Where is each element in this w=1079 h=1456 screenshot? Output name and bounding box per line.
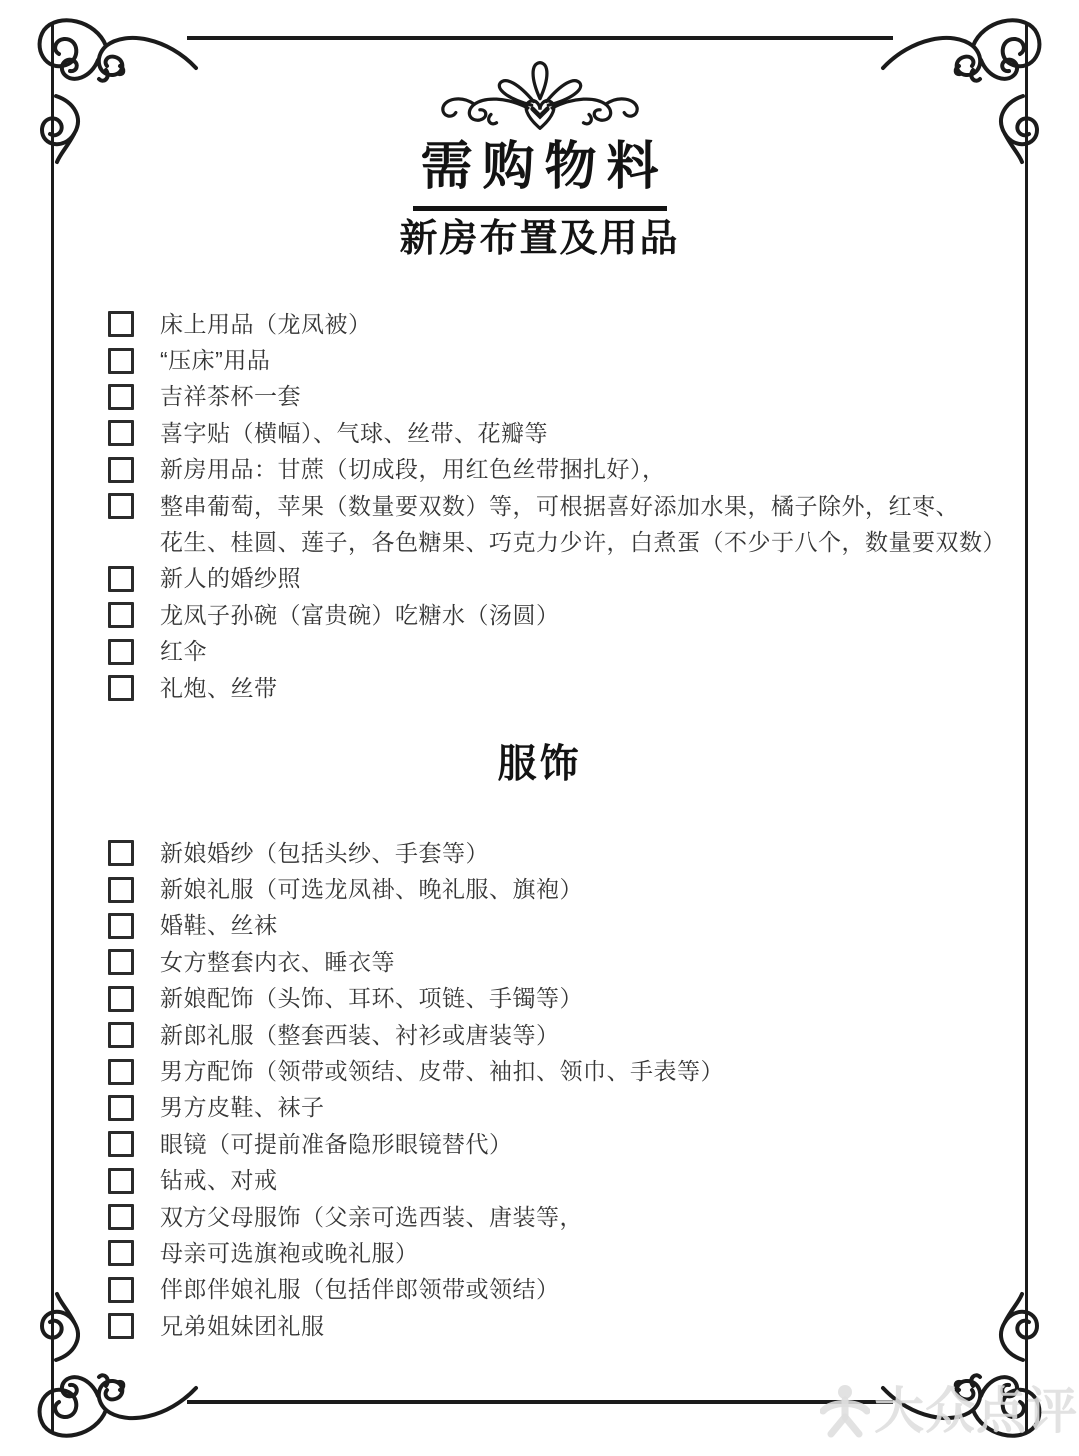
checkbox[interactable] (108, 602, 134, 628)
dianping-person-icon (820, 1384, 870, 1438)
checklist-row: 男方配饰（领带或领结、皮带、袖扣、领巾、手表等） (108, 1053, 1008, 1089)
checkbox[interactable] (108, 384, 134, 410)
checklist-item-label: 新郎礼服（整套西装、衬衫或唐装等） (160, 1024, 560, 1047)
checklist-row: 婚鞋、丝袜 (108, 908, 1008, 944)
checklist-section2: 新娘婚纱（包括头纱、手套等）新娘礼服（可选龙凤褂、晚礼服、旗袍）婚鞋、丝袜女方整… (108, 835, 1008, 1344)
checklist-item-label: 新人的婚纱照 (160, 567, 301, 590)
checkbox[interactable] (108, 949, 134, 975)
checklist-row: 红伞 (108, 634, 1008, 670)
checklist-item-label: 双方父母服饰（父亲可选西装、唐装等， (160, 1206, 583, 1229)
checklist-item-label: 新房用品：甘蔗（切成段，用红色丝带捆扎好）， (160, 458, 666, 481)
checkbox[interactable] (108, 311, 134, 337)
checklist-row: 女方整套内衣、睡衣等 (108, 944, 1008, 980)
checklist-row: 喜字贴（横幅）、气球、丝带、花瓣等 (108, 415, 1008, 451)
border-line-top (187, 36, 893, 40)
page-title: 需购物料 (0, 136, 1079, 198)
checklist-row: 吉祥茶杯一套 (108, 379, 1008, 415)
checkbox[interactable] (108, 1277, 134, 1303)
checkbox[interactable] (108, 1313, 134, 1339)
checkbox[interactable] (108, 986, 134, 1012)
checklist-item-label: 吉祥茶杯一套 (160, 385, 301, 408)
crown-flourish-icon (419, 58, 661, 132)
checklist-item-label: 礼炮、丝带 (160, 677, 278, 700)
checklist-item-label: 钻戒、对戒 (160, 1169, 278, 1192)
checklist-section1: 床上用品（龙凤被）“压床”用品吉祥茶杯一套喜字贴（横幅）、气球、丝带、花瓣等新房… (108, 306, 1008, 706)
checklist-page: 需购物料 新房布置及用品 床上用品（龙凤被）“压床”用品吉祥茶杯一套喜字贴（横幅… (0, 0, 1079, 1456)
checklist-item-label: 新娘配饰（头饰、耳环、项链、手镯等） (160, 987, 583, 1010)
checklist-item-label: 女方整套内衣、睡衣等 (160, 951, 395, 974)
title-divider (413, 206, 667, 211)
checklist-row: 龙凤子孙碗（富贵碗）吃糖水（汤圆） (108, 597, 1008, 633)
checklist-row: 花生、桂圆、莲子，各色糖果、巧克力少许，白煮蛋（不少于八个，数量要双数） (108, 524, 1008, 560)
checklist-item-label: 男方皮鞋、袜子 (160, 1096, 325, 1119)
checklist-row: 钻戒、对戒 (108, 1163, 1008, 1199)
checkbox[interactable] (108, 1240, 134, 1266)
checkbox[interactable] (108, 457, 134, 483)
checkbox[interactable] (108, 420, 134, 446)
section2-heading: 服饰 (0, 744, 1079, 787)
checklist-row: 伴郎伴娘礼服（包括伴郎领带或领结） (108, 1272, 1008, 1308)
checklist-row: “压床”用品 (108, 342, 1008, 378)
checkbox[interactable] (108, 1204, 134, 1230)
checklist-row: 眼镜（可提前准备隐形眼镜替代） (108, 1126, 1008, 1162)
checklist-item-label: 整串葡萄，苹果（数量要双数）等，可根据喜好添加水果，橘子除外，红枣、 (160, 495, 959, 518)
checklist-item-label: 喜字贴（横幅）、气球、丝带、花瓣等 (160, 422, 548, 445)
checklist-row: 母亲可选旗袍或晚礼服） (108, 1235, 1008, 1271)
checklist-row: 新娘礼服（可选龙凤褂、晚礼服、旗袍） (108, 871, 1008, 907)
checklist-row: 新郎礼服（整套西装、衬衫或唐装等） (108, 1017, 1008, 1053)
checkbox[interactable] (108, 1168, 134, 1194)
checklist-row: 新娘配饰（头饰、耳环、项链、手镯等） (108, 981, 1008, 1017)
checklist-item-label: 母亲可选旗袍或晚礼服） (160, 1242, 419, 1265)
checkbox[interactable] (108, 639, 134, 665)
checkbox[interactable] (108, 1131, 134, 1157)
watermark: 大众点评 (820, 1384, 1078, 1438)
checkbox[interactable] (108, 348, 134, 374)
checkbox[interactable] (108, 1095, 134, 1121)
checklist-item-label: 眼镜（可提前准备隐形眼镜替代） (160, 1133, 513, 1156)
checklist-item-label: 龙凤子孙碗（富贵碗）吃糖水（汤圆） (160, 604, 560, 627)
checklist-row: 新房用品：甘蔗（切成段，用红色丝带捆扎好）， (108, 452, 1008, 488)
checkbox[interactable] (108, 1022, 134, 1048)
checkbox[interactable] (108, 840, 134, 866)
checkbox[interactable] (108, 877, 134, 903)
checklist-row: 兄弟姐妹团礼服 (108, 1308, 1008, 1344)
checklist-item-label: 伴郎伴娘礼服（包括伴郎领带或领结） (160, 1278, 560, 1301)
checklist-item-label: 男方配饰（领带或领结、皮带、袖扣、领巾、手表等） (160, 1060, 724, 1083)
checkbox[interactable] (108, 493, 134, 519)
checklist-item-label: 新娘婚纱（包括头纱、手套等） (160, 842, 489, 865)
checklist-item-label: 红伞 (160, 640, 207, 663)
checkbox[interactable] (108, 566, 134, 592)
checklist-row: 礼炮、丝带 (108, 670, 1008, 706)
checklist-item-label: 花生、桂圆、莲子，各色糖果、巧克力少许，白煮蛋（不少于八个，数量要双数） (160, 531, 1006, 554)
checklist-item-label: 兄弟姐妹团礼服 (160, 1315, 325, 1338)
border-line-bottom (187, 1400, 893, 1404)
checklist-row: 新人的婚纱照 (108, 561, 1008, 597)
checklist-row: 床上用品（龙凤被） (108, 306, 1008, 342)
checklist-row: 男方皮鞋、袜子 (108, 1090, 1008, 1126)
checklist-row: 整串葡萄，苹果（数量要双数）等，可根据喜好添加水果，橘子除外，红枣、 (108, 488, 1008, 524)
checklist-row: 双方父母服饰（父亲可选西装、唐装等， (108, 1199, 1008, 1235)
checklist-item-label: 床上用品（龙凤被） (160, 313, 372, 336)
checklist-item-label: 新娘礼服（可选龙凤褂、晚礼服、旗袍） (160, 878, 583, 901)
checklist-item-label: 婚鞋、丝袜 (160, 914, 278, 937)
checkbox[interactable] (108, 913, 134, 939)
checkbox[interactable] (108, 1059, 134, 1085)
checklist-row: 新娘婚纱（包括头纱、手套等） (108, 835, 1008, 871)
checkbox[interactable] (108, 675, 134, 701)
watermark-text: 大众点评 (874, 1386, 1078, 1436)
checklist-item-label: “压床”用品 (160, 349, 270, 372)
section1-heading: 新房布置及用品 (0, 219, 1079, 261)
